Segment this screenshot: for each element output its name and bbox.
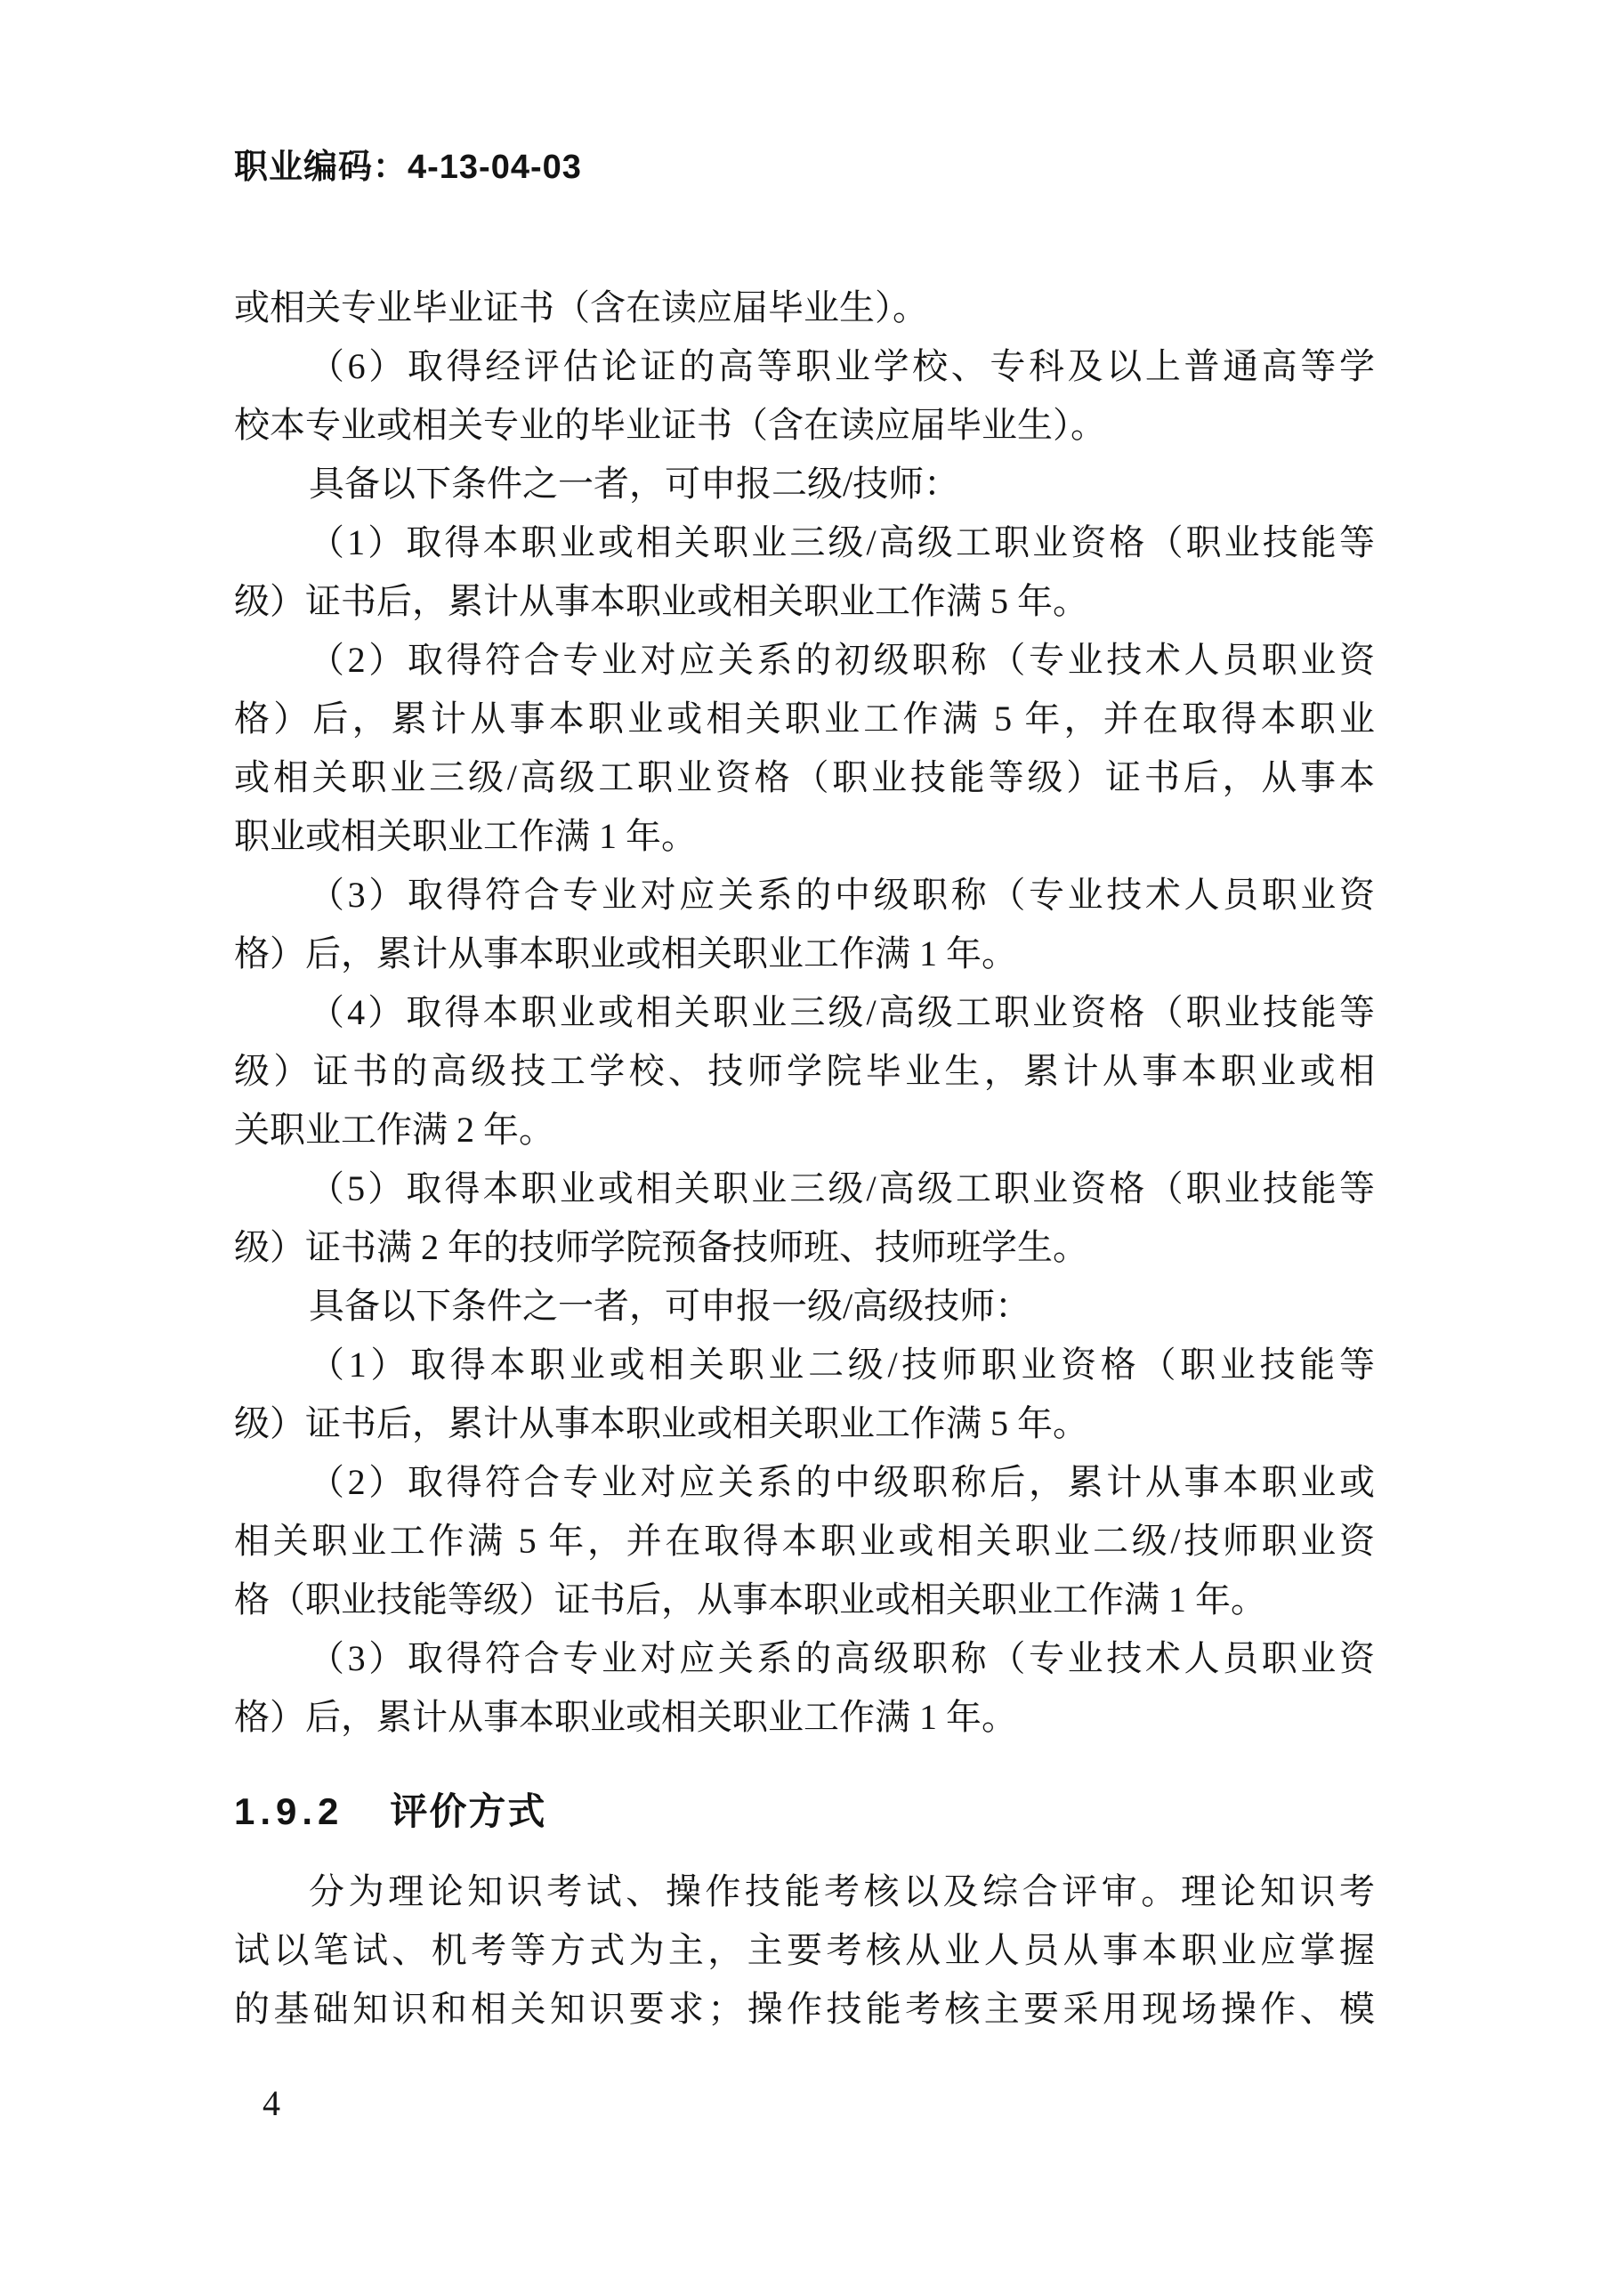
text-line: 具备以下条件之一者，可申报二级/技师： [234, 455, 1375, 513]
page-number: 4 [263, 2083, 280, 2124]
text-line: 格）后，累计从事本职业或相关职业工作满 5 年，并在取得本职业 [234, 690, 1375, 748]
section-number: 1.9.2 [234, 1790, 343, 1832]
text-line: 试以笔试、机考等方式为主，主要考核从业人员从事本职业应掌握 [234, 1921, 1375, 1980]
section-title: 评价方式 [390, 1790, 546, 1832]
text-line: （6）取得经评估论证的高等职业学校、专科及以上普通高等学 [234, 337, 1375, 396]
text-line: 的基础知识和相关知识要求；操作技能考核主要采用现场操作、模 [234, 1980, 1375, 2039]
text-line: 格）后，累计从事本职业或相关职业工作满 1 年。 [234, 925, 1375, 983]
text-line: （2）取得符合专业对应关系的初级职称（专业技术人员职业资 [234, 631, 1375, 690]
text-line: 格）后，累计从事本职业或相关职业工作满 1 年。 [234, 1688, 1375, 1747]
text-line: 分为理论知识考试、操作技能考核以及综合评审。理论知识考 [234, 1862, 1375, 1921]
text-line: 级）证书满 2 年的技师学院预备技师班、技师班学生。 [234, 1218, 1375, 1277]
text-line: 具备以下条件之一者，可申报一级/高级技师： [234, 1277, 1375, 1336]
text-line: 或相关专业毕业证书（含在读应届毕业生）。 [234, 279, 1375, 337]
text-line: （1）取得本职业或相关职业二级/技师职业资格（职业技能等 [234, 1336, 1375, 1394]
text-line: 级）证书后，累计从事本职业或相关职业工作满 5 年。 [234, 1394, 1375, 1453]
body-text-block-after-heading: 分为理论知识考试、操作技能考核以及综合评审。理论知识考试以笔试、机考等方式为主，… [234, 1862, 1375, 2039]
text-line: 关职业工作满 2 年。 [234, 1101, 1375, 1159]
body-text-block: 或相关专业毕业证书（含在读应届毕业生）。（6）取得经评估论证的高等职业学校、专科… [234, 279, 1375, 1747]
text-line: （3）取得符合专业对应关系的中级职称（专业技术人员职业资 [234, 866, 1375, 925]
section-heading: 1.9.2评价方式 [234, 1789, 546, 1834]
text-line: 职业或相关职业工作满 1 年。 [234, 807, 1375, 866]
text-line: （1）取得本职业或相关职业三级/高级工职业资格（职业技能等 [234, 513, 1375, 572]
text-line: 校本专业或相关专业的毕业证书（含在读应届毕业生）。 [234, 396, 1375, 455]
text-line: 级）证书的高级技工学校、技师学院毕业生，累计从事本职业或相 [234, 1042, 1375, 1101]
occupation-code-header: 职业编码：4-13-04-03 [234, 148, 582, 187]
text-line: 级）证书后，累计从事本职业或相关职业工作满 5 年。 [234, 572, 1375, 631]
text-line: 格（职业技能等级）证书后，从事本职业或相关职业工作满 1 年。 [234, 1571, 1375, 1629]
text-line: （2）取得符合专业对应关系的中级职称后，累计从事本职业或 [234, 1453, 1375, 1512]
text-line: （4）取得本职业或相关职业三级/高级工职业资格（职业技能等 [234, 983, 1375, 1042]
text-line: （3）取得符合专业对应关系的高级职称（专业技术人员职业资 [234, 1629, 1375, 1688]
text-line: （5）取得本职业或相关职业三级/高级工职业资格（职业技能等 [234, 1159, 1375, 1218]
document-page: 职业编码：4-13-04-03 或相关专业毕业证书（含在读应届毕业生）。（6）取… [0, 0, 1624, 2278]
text-line: 相关职业工作满 5 年，并在取得本职业或相关职业二级/技师职业资 [234, 1512, 1375, 1571]
text-line: 或相关职业三级/高级工职业资格（职业技能等级）证书后，从事本 [234, 748, 1375, 807]
